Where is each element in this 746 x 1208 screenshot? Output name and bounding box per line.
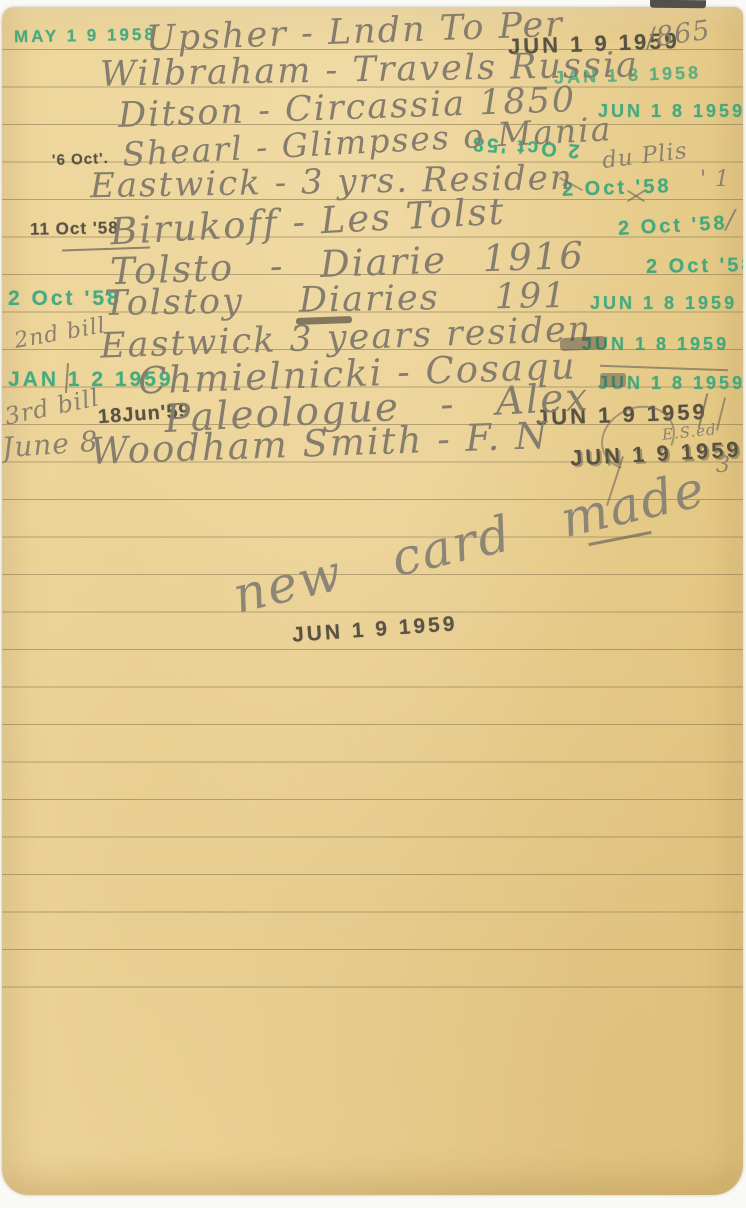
torn-edge-mark [650, 0, 706, 8]
pencil-margin-note: June 8 [2, 428, 99, 463]
date-stamp-green: JUN 1 8 1959 [598, 102, 743, 120]
date-stamp-green: 2 Oct '58 [618, 213, 728, 239]
pencil-note: ' 1 [700, 169, 730, 191]
pencil-note: /865 [644, 17, 712, 53]
pencil-note: / [726, 207, 736, 233]
date-stamp-green: 2 Oct '58 [646, 255, 743, 277]
library-card: MAY 1 9 1958 Upsher - Lndn To Per JUN 1 … [2, 7, 743, 1195]
date-stamp-green: MAY 1 9 1958 [14, 26, 157, 45]
date-stamp-black: 11 Oct '58 [30, 219, 119, 238]
date-stamp-green: JUN 1 8 1959 [590, 294, 737, 312]
ink-smudge [600, 373, 626, 387]
pencil-note: 3 [716, 455, 731, 477]
scanned-library-card: MAY 1 9 1958 Upsher - Lndn To Per JUN 1 … [0, 0, 746, 1208]
ink-smudge [560, 336, 607, 351]
